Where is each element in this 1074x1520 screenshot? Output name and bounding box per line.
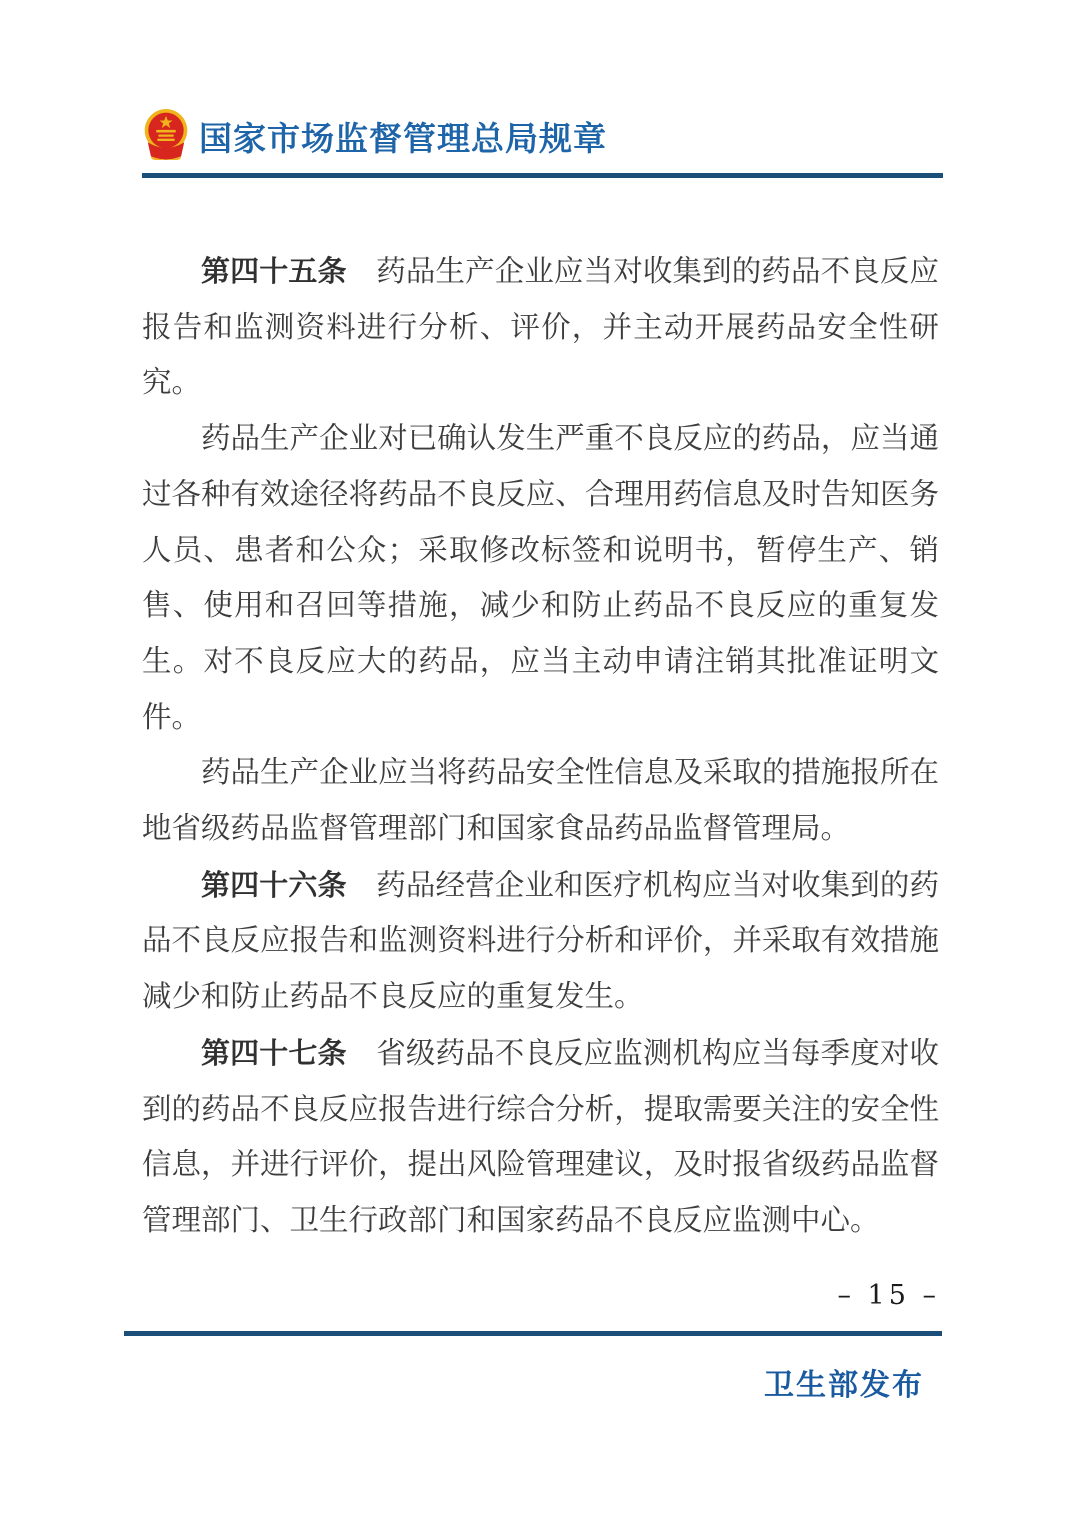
- article-number: 第四十五条: [201, 254, 347, 288]
- paragraph: 第四十五条 药品生产企业应当对收集到的药品不良反应报告和监测资料进行分析、评价，…: [142, 244, 939, 412]
- paragraph: 第四十七条 省级药品不良反应监测机构应当每季度对收到的药品不良反应报告进行综合分…: [142, 1026, 939, 1250]
- publisher-label: 卫生部发布: [764, 1360, 924, 1404]
- footer-divider: [124, 1331, 942, 1336]
- page-number: – 15 –: [837, 1280, 940, 1311]
- paragraph-text: 药品生产企业对已确认发生严重不良反应的药品，应当通过各种有效途径将药品不良反应、…: [142, 423, 939, 734]
- article-number: 第四十六条: [201, 868, 347, 902]
- header-divider: [142, 173, 943, 178]
- document-page: 国家市场监督管理总局规章 第四十五条 药品生产企业应当对收集到的药品不良反应报告…: [0, 0, 1074, 1520]
- header-title: 国家市场监督管理总局规章: [199, 113, 607, 160]
- document-body: 第四十五条 药品生产企业应当对收集到的药品不良反应报告和监测资料进行分析、评价，…: [142, 244, 939, 1250]
- national-emblem-icon: [142, 108, 190, 165]
- paragraph: 药品生产企业对已确认发生严重不良反应的药品，应当通过各种有效途径将药品不良反应、…: [142, 412, 939, 746]
- paragraph: 第四十六条 药品经营企业和医疗机构应当对收集到的药品不良反应报告和监测资料进行分…: [142, 858, 939, 1026]
- paragraph-text: 药品生产企业应当将药品安全性信息及采取的措施报所在地省级药品监督管理部门和国家食…: [142, 757, 939, 845]
- paragraph: 药品生产企业应当将药品安全性信息及采取的措施报所在地省级药品监督管理部门和国家食…: [142, 746, 939, 857]
- paragraphs-container: 第四十五条 药品生产企业应当对收集到的药品不良反应报告和监测资料进行分析、评价，…: [142, 244, 939, 1250]
- page-header: 国家市场监督管理总局规章: [142, 108, 607, 165]
- article-number: 第四十七条: [201, 1036, 347, 1070]
